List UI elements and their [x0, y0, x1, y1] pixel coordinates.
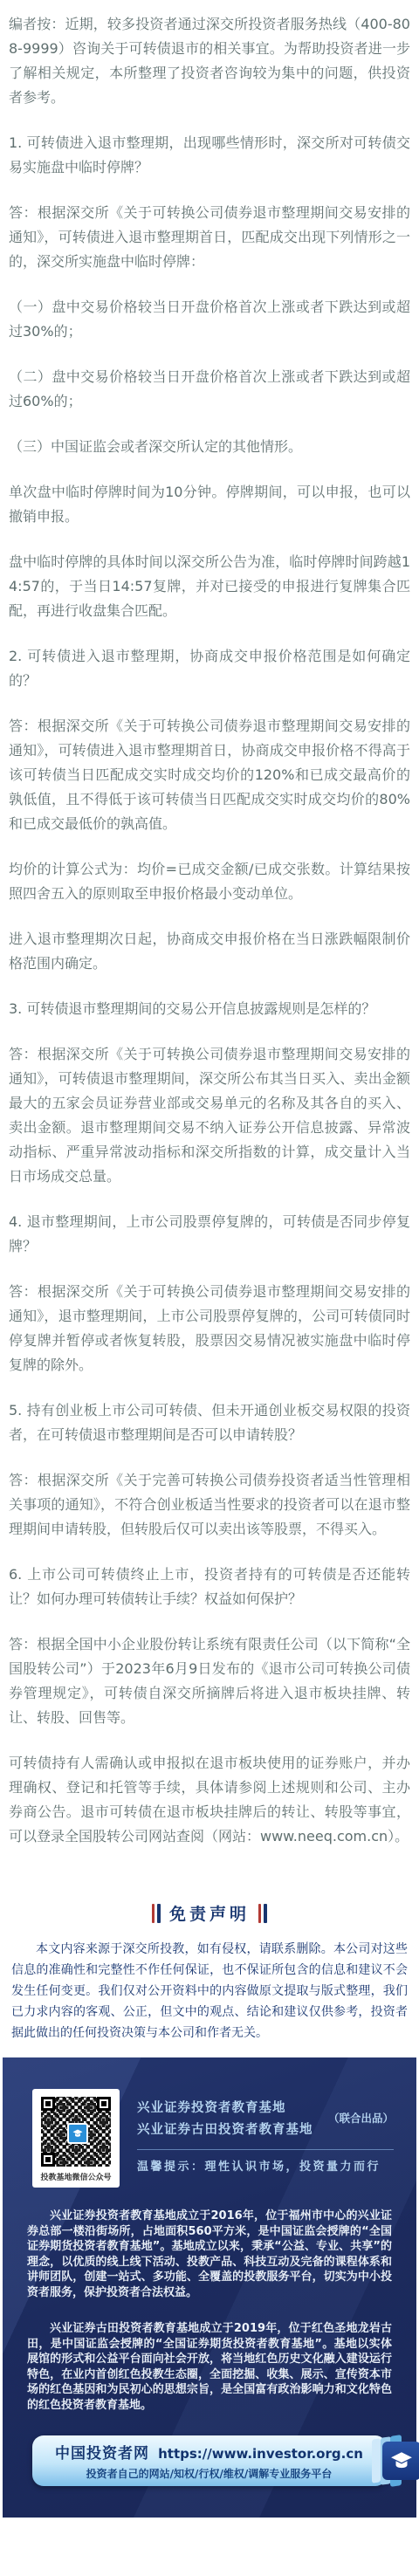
disclaimer-section: 免责声明 本文内容来源于深交所投教，如有侵权，请联系删除。本公司对这些信息的准确… [0, 1870, 419, 2044]
answer-1-item-3: （三）中国证监会或者深交所认定的其他情形。 [9, 435, 410, 459]
investor-site-text: 中国投资者网 https://www.investor.org.cn 投资者自己… [32, 2441, 363, 2481]
base-intro-paragraph-1: 兴业证券投资者教育基地成立于2016年，位于福州市中心的兴业证券总部一楼沿街场所… [27, 2208, 392, 2300]
answer-1-note-2: 盘中临时停牌的具体时间以深交所公告为准，临时停牌时间跨越14:57的，于当日14… [9, 550, 410, 623]
answer-1: 答：根据深交所《关于可转换公司债券退市整理期间交易安排的通知》，可转债进入退市整… [9, 201, 410, 274]
reminder-line: 温馨提示：理性认识市场，投资量力而行 [137, 2157, 394, 2174]
answer-2-note-1: 均价的计算公式为：均价=已成交金额/已成交张数。计算结果按照四舍五入的原则取至申… [9, 857, 410, 906]
answer-2: 答：根据深交所《关于可转换公司债券退市整理期间交易安排的通知》，可转债进入退市整… [9, 714, 410, 836]
answer-5: 答：根据深交所《关于完善可转换公司债券投资者适当性管理相关事项的通知》，不符合创… [9, 1468, 410, 1542]
question-2: 2. 可转债进入退市整理期，协商成交申报价格范围是如何确定的？ [9, 644, 410, 693]
joint-production-label: （联合出品） [328, 2110, 394, 2126]
graduation-cap-icon [67, 2123, 88, 2144]
investor-site-slogan: 投资者自己的网站/知权/行权/维权/调解专业服务平台 [55, 2466, 363, 2481]
question-4: 4. 退市整理期间，上市公司股票停复牌的，可转债是否同步停复牌？ [9, 1210, 410, 1259]
question-5: 5. 持有创业板上市公司可转债、但未开通创业板交易权限的投资者，在可转债退市整理… [9, 1398, 410, 1447]
double-bar-icon [258, 1904, 267, 1923]
answer-6-note: 可转债持有人需确认或申报拟在退市板块使用的证券账户，并办理确权、登记和托管等手续… [9, 1751, 410, 1849]
answer-4: 答：根据深交所《关于可转换公司债券退市整理期间交易安排的通知》，退市整理期间，上… [9, 1280, 410, 1377]
answer-1-note-1: 单次盘中临时停牌时间为10分钟。停牌期间，可以申报，也可以撤销申报。 [9, 480, 410, 529]
disclaimer-title: 免责声明 [169, 1901, 250, 1925]
answer-2-note-2: 进入退市整理期次日起，协商成交申报价格在当日涨跌幅限制价格范围内确定。 [9, 927, 410, 976]
qr-caption: 投教基地微信公众号 [39, 2171, 113, 2182]
answer-1-item-1: （一）盘中交易价格较当日开盘价格首次上涨或者下跌达到或超过30%的； [9, 295, 410, 344]
qr-code-box: 投教基地微信公众号 [32, 2089, 120, 2188]
investor-site-url: https://www.investor.org.cn [158, 2446, 363, 2462]
investor-site-name: 中国投资者网 [55, 2445, 149, 2463]
editor-note: 编者按：近期，较多投资者通过深交所投资者服务热线（400-808-9999）咨询… [9, 12, 410, 110]
answer-1-item-2: （二）盘中交易价格较当日开盘价格首次上涨或者下跌达到或超过60%的； [9, 365, 410, 414]
question-1: 1. 可转债进入退市整理期，出现哪些情形时，深交所对可转债交易实施盘中临时停牌？ [9, 131, 410, 180]
disclaimer-text: 本文内容来源于深交所投教，如有侵权，请联系删除。本公司对这些信息的准确性和完整性… [11, 1939, 408, 2044]
qr-finder-icon [97, 2097, 111, 2111]
qr-code [41, 2097, 111, 2167]
divider [137, 2149, 394, 2150]
answer-6: 答：根据全国中小企业股份转让系统有限责任公司（以下简称“全国股转公司”）于202… [9, 1632, 410, 1730]
books-icon [363, 2435, 419, 2486]
question-3: 3. 可转债退市整理期间的交易公开信息披露规则是怎样的？ [9, 997, 410, 1021]
china-investor-website-banner[interactable]: 中国投资者网 https://www.investor.org.cn 投资者自己… [32, 2435, 387, 2486]
banner-header-row: 投教基地微信公众号 兴业证券投资者教育基地 兴业证券古田投资者教育基地 （联合出… [3, 2089, 416, 2188]
disclaimer-title-row: 免责声明 [11, 1901, 408, 1925]
qr-finder-icon [41, 2153, 55, 2167]
graduation-cap-icon [382, 2442, 419, 2480]
base-intro-paragraph-2: 兴业证券古田投资者教育基地成立于2019年，位于红色圣地龙岩古田，是中国证监会授… [27, 2321, 392, 2413]
investor-education-banner: 投教基地微信公众号 兴业证券投资者教育基地 兴业证券古田投资者教育基地 （联合出… [3, 2057, 416, 2518]
qa-article: 编者按：近期，较多投资者通过深交所投资者服务热线（400-808-9999）咨询… [0, 0, 419, 1849]
answer-3: 答：根据深交所《关于可转换公司债券退市整理期间交易安排的通知》，可转债退市整理期… [9, 1042, 410, 1189]
banner-headings: 兴业证券投资者教育基地 兴业证券古田投资者教育基地 （联合出品） 温馨提示：理性… [137, 2089, 394, 2188]
question-6: 6. 上市公司可转债终止上市，投资者持有的可转债是否还能转让？如何办理可转债转让… [9, 1563, 410, 1611]
double-bar-icon [152, 1904, 161, 1923]
qr-finder-icon [41, 2097, 55, 2111]
